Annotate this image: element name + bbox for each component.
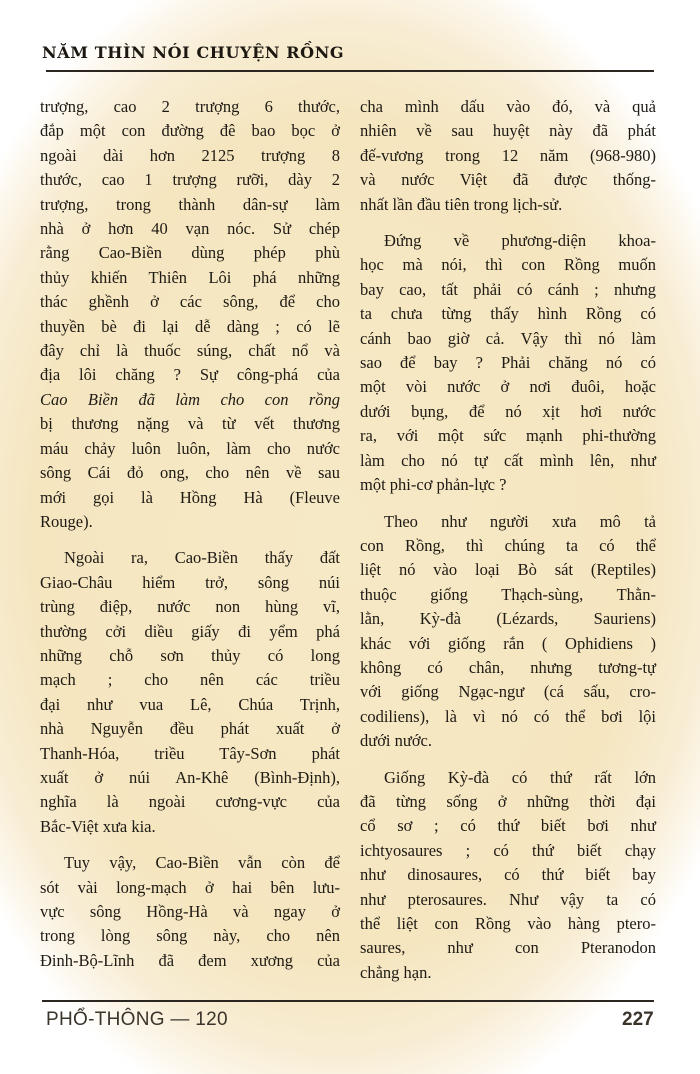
text-line: đây chỉ là thuốc súng, chất nổ và: [40, 339, 340, 363]
text-line: học mà nói, thì con Rồng muốn: [360, 253, 656, 277]
text-line: đắp một con đường đê bao bọc ở: [40, 119, 340, 143]
text-line: ngoài dài hơn 2125 trượng 8: [40, 144, 340, 168]
text-line: làm cho nó tự cất mình lên, như: [360, 449, 656, 473]
left-column: trượng, cao 2 trượng 6 thước, đắp một co…: [40, 95, 340, 973]
magazine-issue: PHỔ-THÔNG — 120: [46, 1009, 228, 1031]
header-rule: [46, 70, 654, 72]
footer-rule: [42, 1000, 654, 1002]
text-line: Ngoài ra, Cao-Biền thấy đất: [40, 546, 340, 570]
text-line: địa lôi chăng ? Sự công-phá của: [40, 363, 340, 387]
text-line: trượng, cao 2 trượng 6 thước,: [40, 95, 340, 119]
text-line: mới gọi là Hồng Hà (Fleuve: [40, 486, 340, 510]
text-line: Đứng về phương-diện khoa-: [360, 229, 656, 253]
text-line: nghĩa là ngoài cương-vực của: [40, 790, 340, 814]
text-line: mạch ; cho nên các triều: [40, 668, 340, 692]
paragraph: Đứng về phương-diện khoa- học mà nói, th…: [360, 229, 656, 497]
text-line: cha mình dấu vào đó, và quả: [360, 95, 656, 119]
text-line: con Rồng, thì chúng ta có thể: [360, 534, 656, 558]
text-line: máu chảy luôn luôn, làm cho nước: [40, 437, 340, 461]
text-line: đế-vương trong 12 năm (968-980): [360, 144, 656, 168]
text-line: cánh bao giờ cả. Vậy thì nó làm: [360, 327, 656, 351]
text-line: với giống Ngạc-ngư (cá sấu, cro-: [360, 680, 656, 704]
text-line: khác với giống rắn ( Ophidiens ): [360, 632, 656, 656]
text-line: thể liệt con Rồng vào hàng ptero-: [360, 912, 656, 936]
text-line: và nước Việt đã được thống-: [360, 168, 656, 192]
text-line: cổ sơ ; có thứ biết bơi như: [360, 814, 656, 838]
text-line: nhiên về sau huyệt này đã phát: [360, 119, 656, 143]
text-line: xuất ở núi An-Khê (Bình-Định),: [40, 766, 340, 790]
text-line: ra, với một sức mạnh phi-thường: [360, 424, 656, 448]
text-line: Rouge).: [40, 510, 340, 534]
paragraph: trượng, cao 2 trượng 6 thước, đắp một co…: [40, 95, 340, 534]
text-line: nhà Nguyễn đều phát xuất ở: [40, 717, 340, 741]
text-line: Đinh-Bộ-Lĩnh đã đem xương của: [40, 949, 340, 973]
paragraph: Giống Kỳ-đà có thứ rất lớn đã từng sống …: [360, 766, 656, 986]
text-line: không có chân, nhưng tương-tự: [360, 656, 656, 680]
text-line: dưới bụng, để nó xịt hơi nước: [360, 400, 656, 424]
text-line: trượng, trong thành dân-sự làm: [40, 193, 340, 217]
text-line: chẳng hạn.: [360, 961, 656, 985]
text-line: nhất lần đầu tiên trong lịch-sử.: [360, 193, 656, 217]
text-line: đại như vua Lê, Chúa Trịnh,: [40, 693, 340, 717]
text-line: bị thương nặng và từ vết thương: [40, 412, 340, 436]
text-line: thuộc giống Thạch-sùng, Thằn-: [360, 583, 656, 607]
text-line: sót vài long-mạch ở hai bên lưu-: [40, 876, 340, 900]
text-line: lằn, Kỳ-đà (Lézards, Sauriens): [360, 607, 656, 631]
text-line: một phi-cơ phản-lực ?: [360, 473, 656, 497]
text-line: ichtyosaures ; có thứ biết chạy: [360, 839, 656, 863]
text-line: Giống Kỳ-đà có thứ rất lớn: [360, 766, 656, 790]
text-line: như dinosaures, có thứ biết bay: [360, 863, 656, 887]
text-line: trong lòng sông này, cho nên: [40, 924, 340, 948]
paragraph: Theo như người xưa mô tả con Rồng, thì c…: [360, 510, 656, 754]
text-line: thủy khiến Thiên Lôi phá những: [40, 266, 340, 290]
text-line: nhà ở hơn 40 vạn nóc. Sử chép: [40, 217, 340, 241]
text-line: sông Cái đỏ ong, cho nên về sau: [40, 461, 340, 485]
text-line: một vòi nước ở nơi đuôi, hoặc: [360, 375, 656, 399]
page-number: 227: [622, 1009, 654, 1031]
text-line: bay cao, tất phải có cánh ; nhưng: [360, 278, 656, 302]
text-line: codiliens), là vì nó có thể bơi lội: [360, 705, 656, 729]
paragraph: Tuy vậy, Cao-Biền vẫn còn để sót vài lon…: [40, 851, 340, 973]
text-line: vực sông Hồng-Hà và ngay ở: [40, 900, 340, 924]
text-line: sao để bay ? Phải chăng nó có: [360, 351, 656, 375]
text-line: Thanh-Hóa, triều Tây-Sơn phát: [40, 742, 340, 766]
text-line: Bắc-Việt xưa kia.: [40, 815, 340, 839]
text-line: thuyền bè đi lại dễ dàng ; có lẽ: [40, 315, 340, 339]
text-line: đã từng sống ở những thời đại: [360, 790, 656, 814]
paragraph: Ngoài ra, Cao-Biền thấy đất Giao-Châu hi…: [40, 546, 340, 839]
text-line: Tuy vậy, Cao-Biền vẫn còn để: [40, 851, 340, 875]
right-column: cha mình dấu vào đó, và quả nhiên về sau…: [360, 95, 656, 985]
text-line: thác ghềnh ở các sông, để cho: [40, 290, 340, 314]
text-line: thường cởi diều giấy đi yểm phá: [40, 620, 340, 644]
text-line: liệt nó vào loại Bò sát (Reptiles): [360, 558, 656, 582]
text-line: Giao-Châu hiểm trở, sông núi: [40, 571, 340, 595]
text-line: Cao Biền đã làm cho con rồng: [40, 388, 340, 412]
text-line: ta chưa từng thấy hình Rồng có: [360, 302, 656, 326]
text-line: Theo như người xưa mô tả: [360, 510, 656, 534]
text-line: trùng điệp, nước non hùng vĩ,: [40, 595, 340, 619]
paragraph: cha mình dấu vào đó, và quả nhiên về sau…: [360, 95, 656, 217]
magazine-page: NĂM THÌN NÓI CHUYỆN RỒNG trượng, cao 2 t…: [0, 0, 700, 1074]
text-line: saures, như con Pteranodon: [360, 936, 656, 960]
text-line: những chỗ sơn thủy có long: [40, 644, 340, 668]
text-line: rằng Cao-Biền dùng phép phù: [40, 241, 340, 265]
running-title: NĂM THÌN NÓI CHUYỆN RỒNG: [42, 43, 344, 62]
text-line: dưới nước.: [360, 729, 656, 753]
text-line: như pterosaures. Như vậy ta có: [360, 888, 656, 912]
text-line: thước, cao 1 trượng rưỡi, dày 2: [40, 168, 340, 192]
